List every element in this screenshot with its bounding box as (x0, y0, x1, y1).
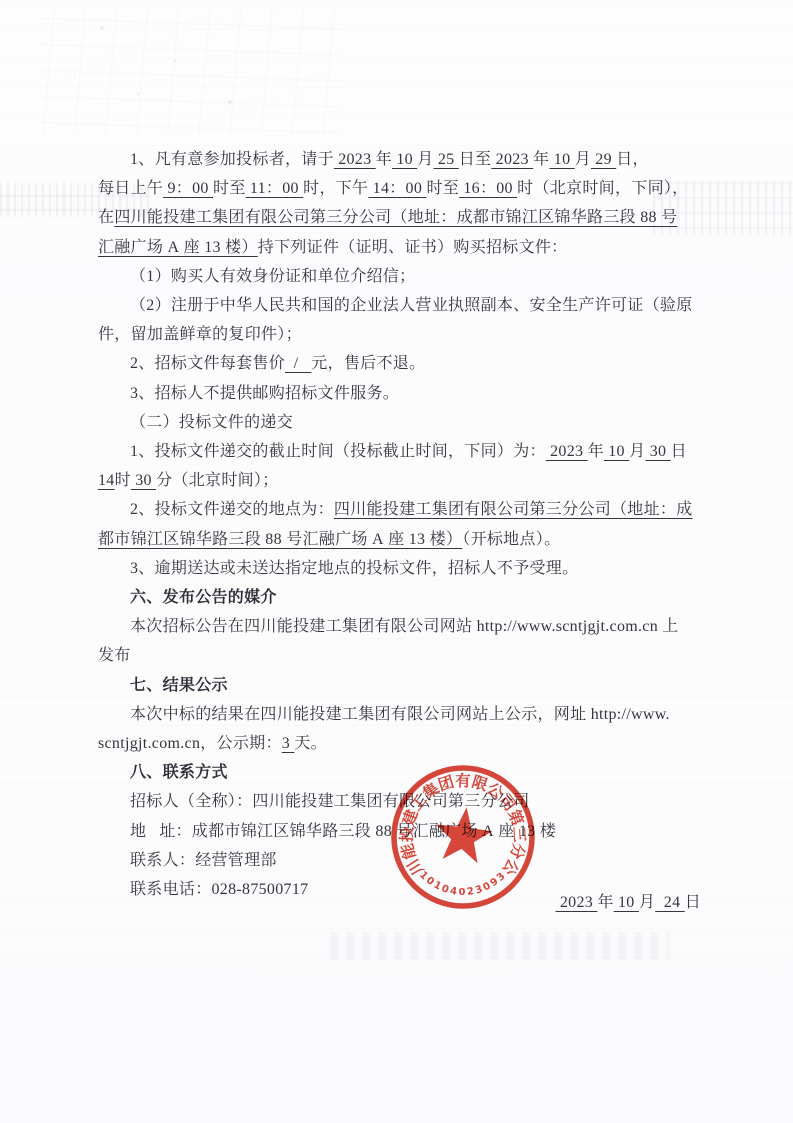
text-segment-underlined: 29 (591, 151, 616, 168)
text-segment: 月 (575, 151, 591, 168)
text-segment: 年 (597, 894, 613, 911)
text-segment: 每日上午 (98, 180, 163, 197)
text-segment: 时 (115, 472, 131, 489)
paragraph-deadline-2: 14时 30 分（北京时间）； (98, 466, 698, 495)
section-heading-result: 七、结果公示 (98, 671, 698, 700)
section-heading-bid-submission: （二）投标文件的递交 (98, 408, 698, 437)
paragraph-deadline-1: 1、投标文件递交的截止时间（投标截止时间，下同）为： 2023 年 10 月 3… (98, 437, 698, 466)
paragraph-credential-2a: （2）注册于中华人民共和国的企业法人营业执照副本、安全生产许可证（验原 (98, 291, 698, 320)
paragraph-announcement-site-1: 本次招标公告在四川能投建工集团有限公司网站 http://www.scntjgj… (98, 612, 698, 641)
text-segment-underlined: 10 (392, 151, 417, 168)
signature-date: 2023 年 10 月 24 日 (556, 889, 701, 912)
paragraph-purchase-address-2: 汇融广场 A 座 13 楼）持下列证件（证明、证书）购买招标文件： (98, 233, 698, 262)
star-icon (432, 804, 495, 865)
text-segment-underlined: 10 (614, 894, 639, 911)
text-segment-underlined: 25 (434, 151, 459, 168)
text-segment: 1、投标文件递交的截止时间（投标截止时间，下同）为： (130, 443, 546, 460)
paragraph-announcement-site-2: 发布 (98, 641, 698, 670)
text-segment: 天。 (294, 735, 327, 752)
text-segment: 年 (376, 151, 392, 168)
text-segment: 2、投标文件递交的地点为： (130, 501, 334, 518)
paragraph-submission-place-2: 都市锦江区锦华路三段 88 号汇融广场 A 座 13 楼）（开标地点）。 (98, 525, 698, 554)
text-segment: 在 (98, 209, 114, 226)
text-segment: 月 (639, 894, 655, 911)
text-segment: 时，下午 (303, 180, 368, 197)
text-segment-underlined: 都市锦江区锦华路三段 88 号汇融广场 A 座 13 楼） (98, 531, 462, 548)
text-segment: 年 (588, 443, 604, 460)
section-heading-media: 六、发布公告的媒介 (98, 583, 698, 612)
paragraph-credential-1: （1）购买人有效身份证和单位介绍信； (98, 262, 698, 291)
text-segment: 月 (629, 443, 645, 460)
paragraph-purchase-period: 1、凡有意参加投标者，请于 2023 年 10 月 25 日至 2023 年 1… (98, 145, 698, 174)
text-segment: 时至 (213, 180, 246, 197)
text-segment-underlined: 30 (131, 472, 156, 489)
text-segment-underlined: 四川能投建工集团有限公司第三分公司（地址：成都市锦江区锦华路三段 88 号 (114, 209, 677, 226)
text-segment-underlined: 30 (645, 443, 670, 460)
paragraph-no-mail-order: 3、招标人不提供邮购招标文件服务。 (98, 379, 698, 408)
paragraph-purchase-hours: 每日上午 9：00 时至 11：00 时，下午 14：00 时至 16：00 时… (98, 174, 698, 203)
text-segment-underlined: 2023 (334, 151, 376, 168)
price-blank-slash: / (285, 355, 311, 372)
text-segment-underlined: 14：00 (368, 180, 426, 197)
text-segment: 日 (685, 894, 701, 911)
paragraph-credential-2b: 件，留加盖鲜章的复印件）； (98, 320, 698, 349)
official-seal-stamp: 四川能投建工集团有限公司第三分公司 5101040230932 (363, 737, 563, 937)
text-segment: 年 (533, 151, 549, 168)
text-segment: （开标地点）。 (462, 531, 560, 548)
text-segment-underlined: 2023 (546, 443, 588, 460)
paragraph-document-price: 2、招标文件每套售价 / 元，售后不退。 (98, 349, 698, 378)
paragraph-purchase-address-1: 在四川能投建工集团有限公司第三分公司（地址：成都市锦江区锦华路三段 88 号 (98, 203, 698, 232)
paragraph-result-site-1: 本次中标的结果在四川能投建工集团有限公司网站上公示，网址 http://www. (98, 700, 698, 729)
text-segment-underlined: 汇融广场 A 座 13 楼） (98, 239, 258, 256)
text-segment-underlined: 10 (604, 443, 629, 460)
text-segment-underlined: 14 (98, 472, 115, 489)
text-segment-underlined: 四川能投建工集团有限公司第三分公司（地址：成 (334, 501, 693, 518)
scan-noise-top-left (40, 6, 340, 134)
text-segment-underlined: 9：00 (163, 180, 213, 197)
text-segment: 月 (417, 151, 433, 168)
text-segment: 持下列证件（证明、证书）购买招标文件： (258, 239, 568, 256)
paragraph-late-delivery: 3、逾期送达或未送达指定地点的投标文件，招标人不予受理。 (98, 554, 698, 583)
scanned-document-page: 1、凡有意参加投标者，请于 2023 年 10 月 25 日至 2023 年 1… (0, 0, 793, 1123)
paragraph-submission-place-1: 2、投标文件递交的地点为：四川能投建工集团有限公司第三分公司（地址：成 (98, 495, 698, 524)
text-segment-underlined: 2023 (491, 151, 533, 168)
text-segment: 日至 (459, 151, 492, 168)
text-segment: 1、凡有意参加投标者，请于 (130, 151, 334, 168)
text-segment-underlined: 3 (282, 735, 295, 752)
text-segment: 日， (616, 151, 649, 168)
text-segment: 2、招标文件每套售价 (130, 355, 285, 372)
text-segment-underlined: 24 (655, 894, 685, 911)
text-segment: 分（北京时间）； (156, 472, 278, 489)
text-segment: 元，售后不退。 (311, 355, 425, 372)
text-segment-underlined: 10 (549, 151, 574, 168)
text-segment-underlined: 16：00 (459, 180, 517, 197)
text-segment: 时（北京时间，下同）， (517, 180, 688, 197)
text-segment-underlined: 11：00 (246, 180, 304, 197)
text-segment: scntjgjt.com.cn，公示期： (98, 735, 282, 752)
text-segment: 日 (671, 443, 687, 460)
text-segment: 时至 (426, 180, 459, 197)
